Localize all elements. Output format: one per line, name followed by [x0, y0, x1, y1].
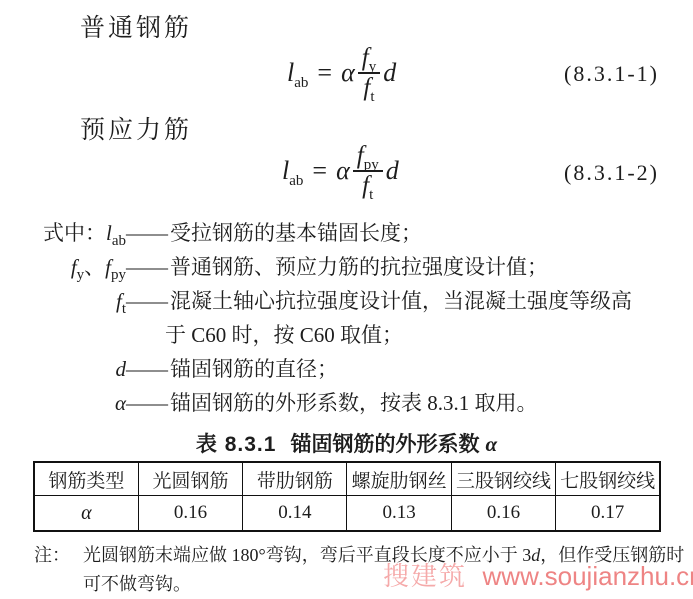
fraction: fpy ft — [353, 143, 383, 200]
definitions-lead: 式中： — [43, 221, 106, 245]
fraction-denominator: ft — [362, 172, 373, 199]
definition-symbol: 式中：lab — [34, 216, 126, 250]
definition-text: 混凝土轴心抗拉强度设计值，当混凝土强度等级高 — [170, 284, 632, 318]
em-dash: —— — [126, 284, 168, 318]
definition-text: 普通钢筋、预应力筋的抗拉强度设计值； — [170, 250, 632, 284]
alpha-coefficient: α — [341, 58, 355, 88]
table-title-text: 锚固钢筋的外形系数 — [290, 433, 479, 456]
table-header-row: 钢筋类型光圆钢筋带肋钢筋螺旋肋钢丝三股钢绞线七股钢绞线 — [34, 462, 660, 496]
definition-dash: —— — [126, 352, 170, 386]
fraction-numerator: fy — [358, 45, 380, 74]
variable-symbol: α — [115, 391, 126, 415]
alpha-coefficient: α — [336, 156, 350, 186]
formula-8-3-1-1: lab = α fy ft d — [287, 45, 396, 102]
fraction-denominator: ft — [363, 74, 374, 101]
subscript: ab — [112, 233, 126, 249]
equals-sign: = — [317, 58, 332, 88]
denominator-sub: t — [370, 89, 374, 105]
table-value-cell: 0.17 — [556, 496, 660, 532]
definition-dash: —— — [126, 250, 170, 284]
table-header-cell: 带肋钢筋 — [243, 462, 347, 496]
definition-text: 锚固钢筋的外形系数，按表 8.3.1 取用。 — [170, 386, 632, 420]
formula-8-3-1-2: lab = α fpy ft d — [282, 143, 399, 200]
definition-dash: —— — [126, 284, 170, 318]
definition-text: 锚固钢筋的直径； — [170, 352, 632, 386]
denominator-sub: t — [369, 187, 373, 203]
table-number: 表 8.3.1 — [196, 433, 277, 456]
diameter-factor: d — [386, 156, 399, 186]
definition-row: α——锚固钢筋的外形系数，按表 8.3.1 取用。 — [34, 386, 632, 420]
table-value-cell: 0.13 — [347, 496, 451, 532]
table-row: α0.160.140.130.160.17 — [34, 496, 660, 532]
table-header-cell: 七股钢绞线 — [556, 462, 660, 496]
equation-number-1: (8.3.1-1) — [564, 61, 659, 87]
definition-text: 受拉钢筋的基本锚固长度； — [170, 216, 632, 250]
definition-symbol: α — [34, 386, 126, 420]
table-row-label: α — [34, 496, 138, 532]
note-label: 注： — [34, 541, 83, 570]
subscript: py — [111, 267, 126, 283]
fraction: fy ft — [358, 45, 380, 102]
definition-symbol: ft — [34, 284, 126, 318]
table-value-cell: 0.16 — [451, 496, 555, 532]
formula-lhs-sub: ab — [289, 173, 303, 189]
equation-number-2: (8.3.1-2) — [564, 160, 659, 186]
text-segment: 、 — [84, 255, 105, 279]
numerator-symbol: f — [357, 142, 364, 169]
symbol-definitions-list: 式中：lab——受拉钢筋的基本锚固长度；fy、fpy——普通钢筋、预应力筋的抗拉… — [34, 216, 632, 420]
definition-dash: —— — [126, 216, 170, 250]
em-dash: —— — [126, 216, 168, 250]
definition-symbol: d — [34, 352, 126, 386]
table-header-cell: 钢筋类型 — [34, 462, 138, 496]
document-page: 普通钢筋 lab = α fy ft d (8.3.1-1) 预应力筋 lab … — [0, 0, 693, 599]
fraction-numerator: fpy — [353, 143, 383, 172]
numerator-sub: py — [364, 157, 379, 173]
table-value-cell: 0.14 — [243, 496, 347, 532]
formula-lhs-sub: ab — [294, 75, 308, 91]
table-value-cell: 0.16 — [138, 496, 242, 532]
heading-ordinary-rebar: 普通钢筋 — [80, 8, 192, 44]
definition-row: ft——混凝土轴心抗拉强度设计值，当混凝土强度等级高 — [34, 284, 632, 318]
definition-row: 式中：lab——受拉钢筋的基本锚固长度； — [34, 216, 632, 250]
equals-sign: = — [312, 156, 327, 186]
watermark-url: www.soujianzhu.cn — [483, 561, 693, 591]
table-title: 表 8.3.1锚固钢筋的外形系数α — [0, 428, 693, 458]
em-dash: —— — [126, 352, 168, 386]
em-dash: —— — [126, 386, 168, 420]
shape-coefficient-table: 钢筋类型光圆钢筋带肋钢筋螺旋肋钢丝三股钢绞线七股钢绞线 α0.160.140.1… — [33, 461, 661, 532]
heading-prestressed-tendon: 预应力筋 — [80, 110, 192, 146]
numerator-sub: y — [369, 59, 377, 75]
definition-symbol: fy、fpy — [34, 250, 126, 284]
table-header-cell: 三股钢绞线 — [451, 462, 555, 496]
numerator-symbol: f — [362, 44, 369, 71]
table-title-alpha: α — [485, 432, 497, 456]
watermark-brand: 搜建筑 — [383, 562, 467, 591]
text-segment: 可不做弯钩。 — [83, 574, 191, 594]
table-header-cell: 光圆钢筋 — [138, 462, 242, 496]
table-header-cell: 螺旋肋钢丝 — [347, 462, 451, 496]
watermark: 搜建筑 www.soujianzhu.cn — [383, 556, 693, 593]
definition-row: d——锚固钢筋的直径； — [34, 352, 632, 386]
diameter-factor: d — [383, 58, 396, 88]
definition-row: fy、fpy——普通钢筋、预应力筋的抗拉强度设计值； — [34, 250, 632, 284]
definition-dash: —— — [126, 386, 170, 420]
variable-symbol: d — [116, 357, 127, 381]
em-dash: —— — [126, 250, 168, 284]
definition-text-continued: 于 C60 时，按 C60 取值； — [165, 318, 632, 352]
